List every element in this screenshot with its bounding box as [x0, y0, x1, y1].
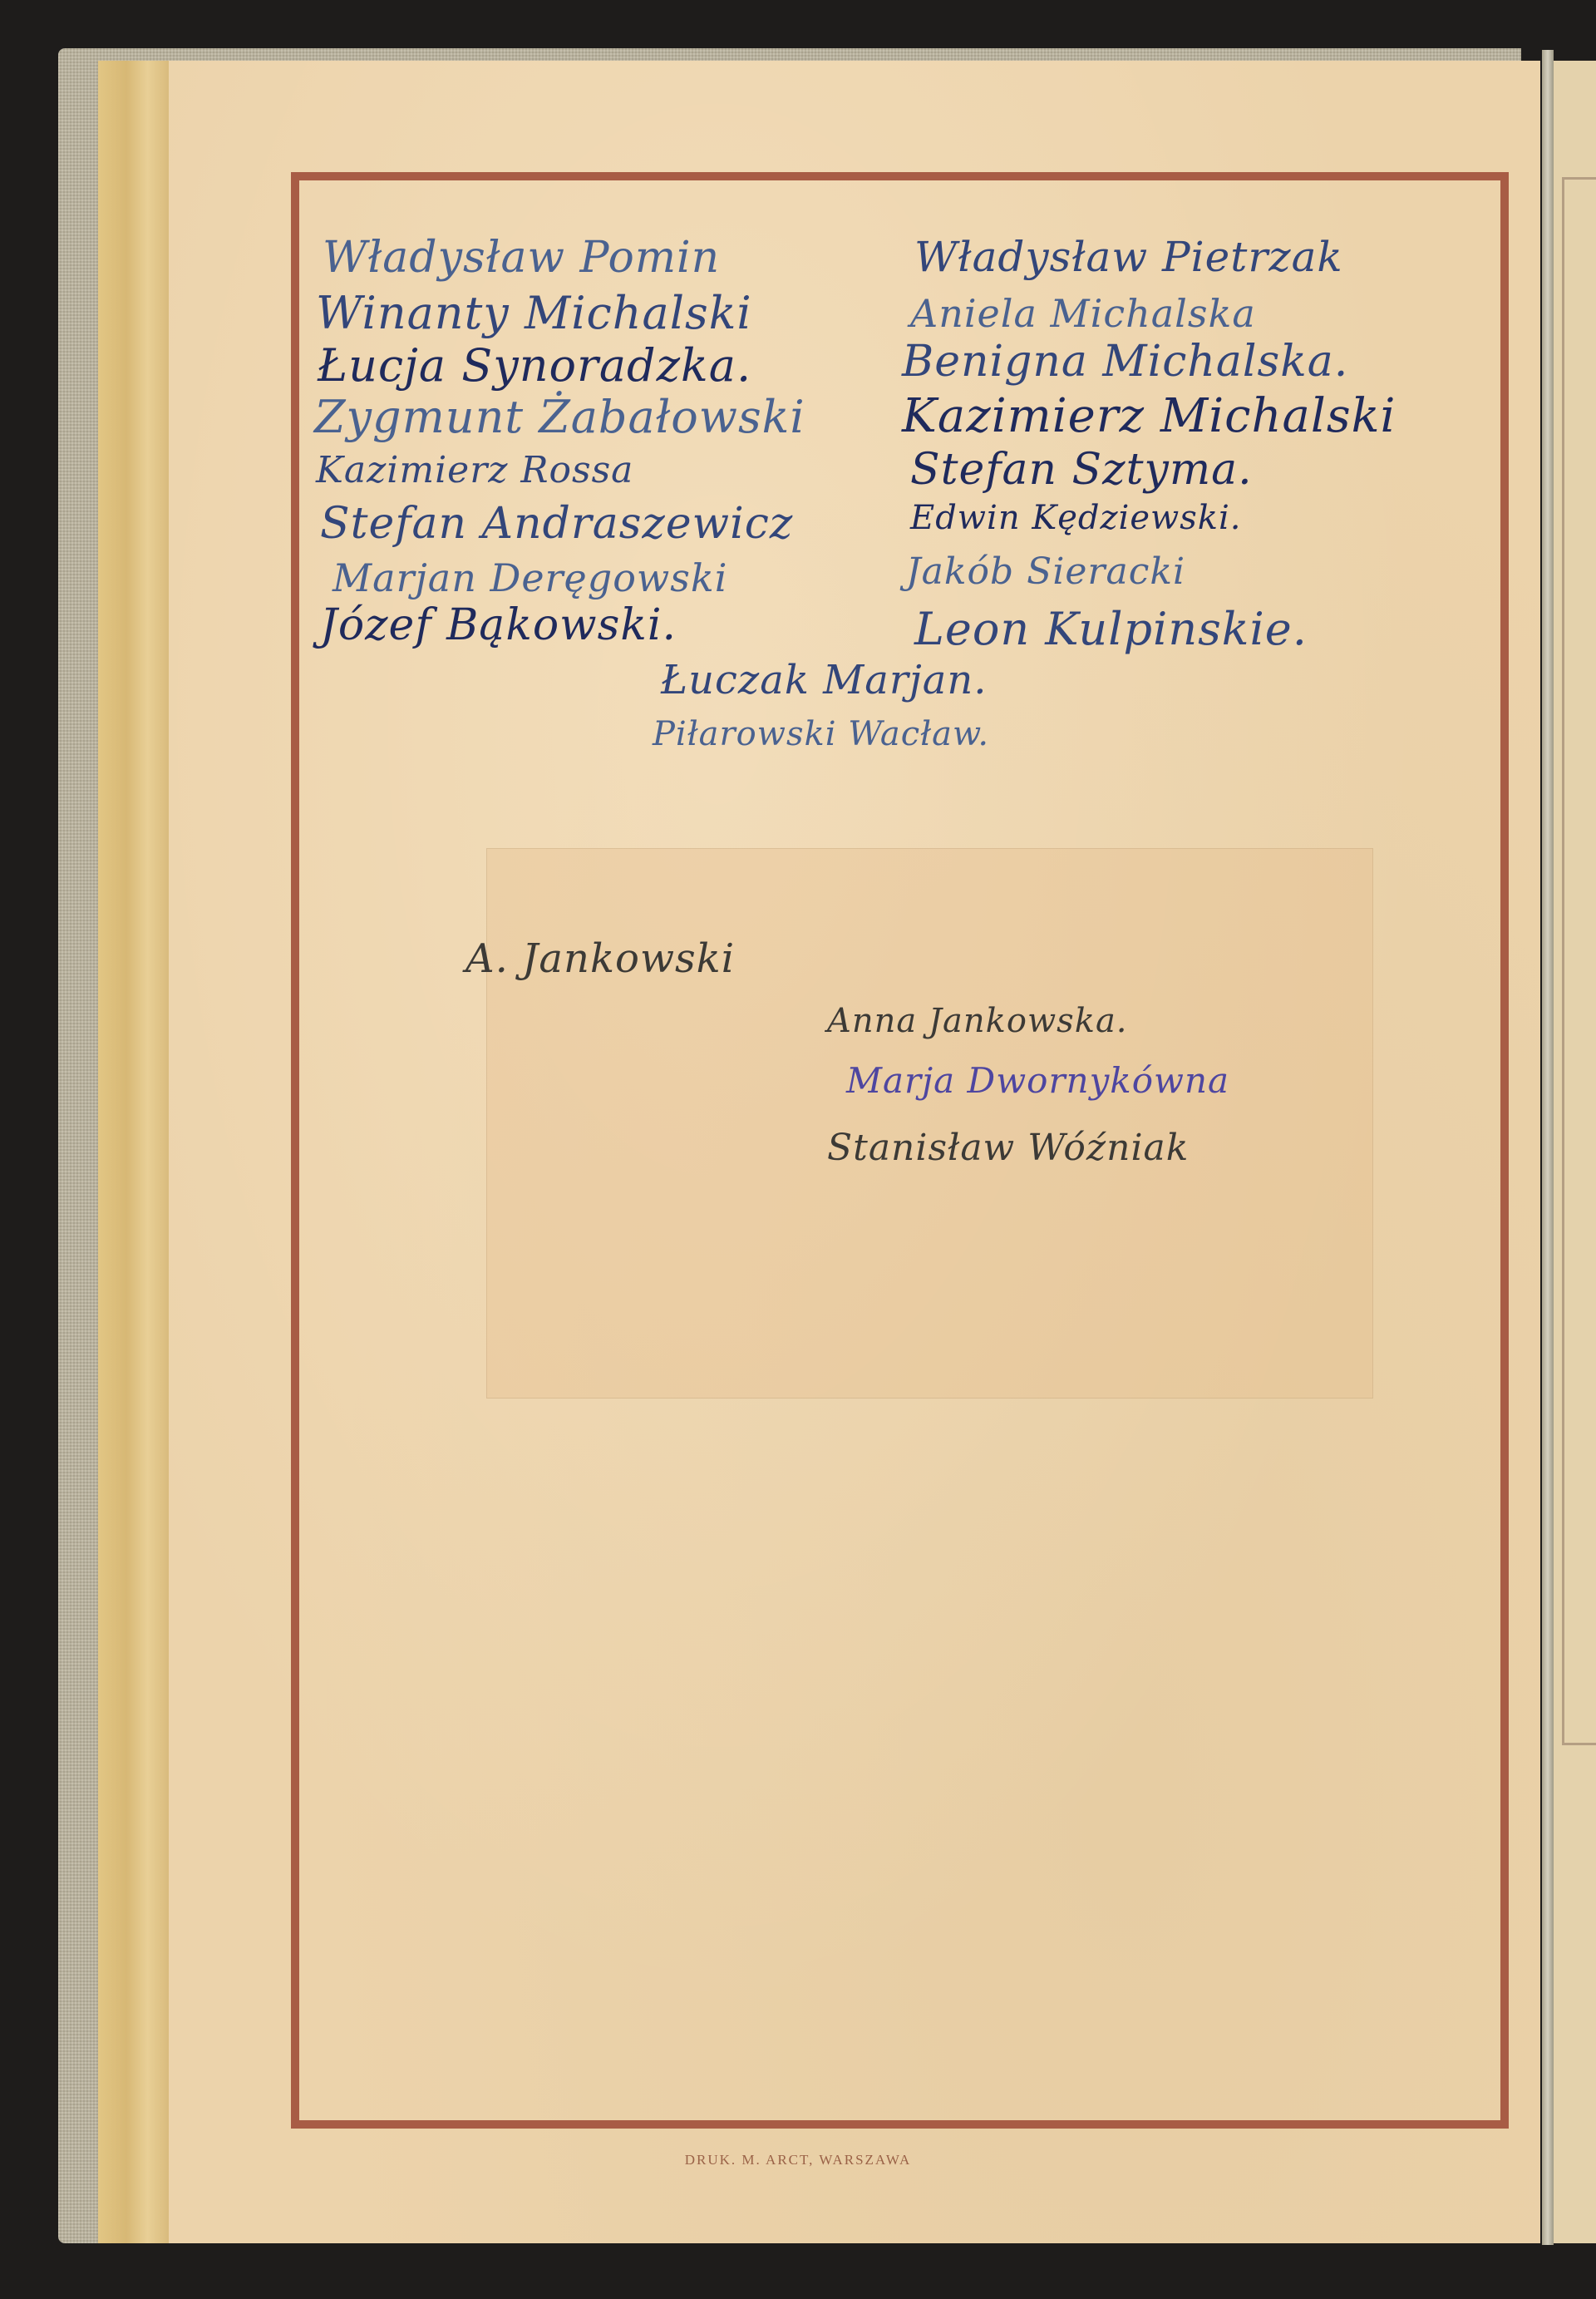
signature-left-1: Władysław Pomin: [323, 233, 720, 283]
signature-right-1: Władysław Pietrzak: [914, 233, 1343, 281]
signature-right-2: Aniela Michalska: [910, 291, 1256, 336]
signature-left-3: Łucja Synoradzka.: [318, 339, 751, 392]
signature-lower-2: Anna Jankowska.: [827, 1002, 1128, 1040]
book-gutter: [1542, 50, 1554, 2245]
signature-right-7: Jakób Sieracki: [906, 550, 1185, 593]
signature-right-3: Benigna Michalska.: [902, 337, 1348, 387]
signature-lower-4: Stanisław Wóźniak: [827, 1127, 1189, 1169]
signature-left-8: Józef Bąkowski.: [320, 600, 677, 650]
signature-right-6: Edwin Kędziewski.: [910, 499, 1242, 537]
signature-right-8: Leon Kulpinskie.: [914, 603, 1308, 655]
page-edges: [98, 61, 169, 2243]
signature-left-2: Winanty Michalski: [316, 287, 752, 339]
next-page-ornament: [1562, 177, 1596, 1745]
signature-right-5: Stefan Sztyma.: [910, 445, 1253, 495]
signature-center-2: Piłarowski Wacław.: [653, 715, 989, 753]
signature-left-5: Kazimierz Rossa: [316, 449, 633, 491]
signature-lower-3: Marja Dwornykówna: [846, 1060, 1229, 1101]
printer-imprint: DRUK. M. ARCT, WARSZAWA: [0, 2152, 1596, 2168]
signature-left-7: Marjan Deręgowski: [332, 555, 727, 600]
next-page-edge: [1554, 61, 1596, 2243]
signature-lower-1: A. Jankowski: [465, 935, 735, 982]
signature-right-4: Kazimierz Michalski: [902, 389, 1396, 443]
signature-left-4: Zygmunt Żabałowski: [314, 391, 805, 443]
signature-left-6: Stefan Andraszewicz: [320, 499, 793, 549]
signature-center-1: Łuczak Marjan.: [661, 657, 988, 703]
